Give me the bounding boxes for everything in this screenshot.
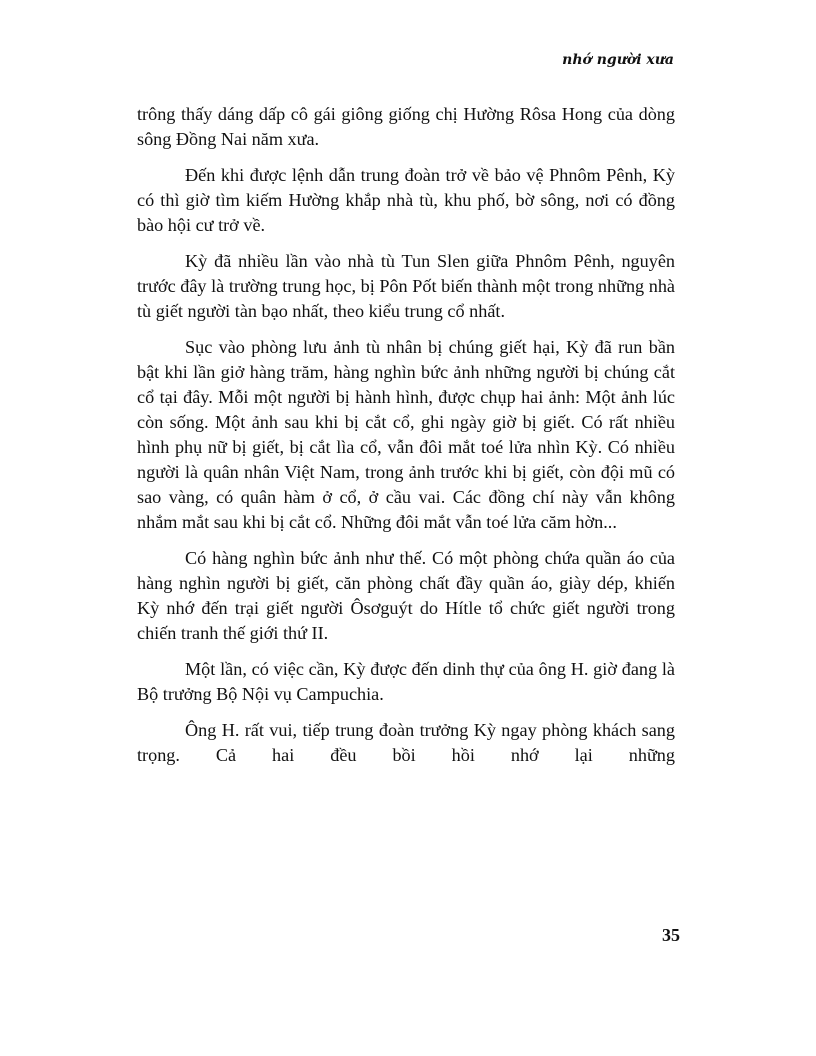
- body-text: trông thấy dáng dấp cô gái giông giống c…: [137, 102, 675, 779]
- paragraph: Kỳ đã nhiều lần vào nhà tù Tun Slen giữa…: [137, 249, 675, 324]
- page-number: 35: [630, 925, 680, 946]
- running-header: nhớ người xưa: [540, 52, 674, 68]
- paragraph: Một lần, có việc cần, Kỳ được đến dinh t…: [137, 657, 675, 707]
- paragraph: Sục vào phòng lưu ảnh tù nhân bị chúng g…: [137, 335, 675, 535]
- book-page: nhớ người xưa trông thấy dáng dấp cô gái…: [0, 0, 816, 1056]
- paragraph: Đến khi được lệnh dẫn trung đoàn trở về …: [137, 163, 675, 238]
- paragraph: Ông H. rất vui, tiếp trung đoàn trưởng K…: [137, 718, 675, 768]
- paragraph: Có hàng nghìn bức ảnh như thế. Có một ph…: [137, 546, 675, 646]
- paragraph: trông thấy dáng dấp cô gái giông giống c…: [137, 102, 675, 152]
